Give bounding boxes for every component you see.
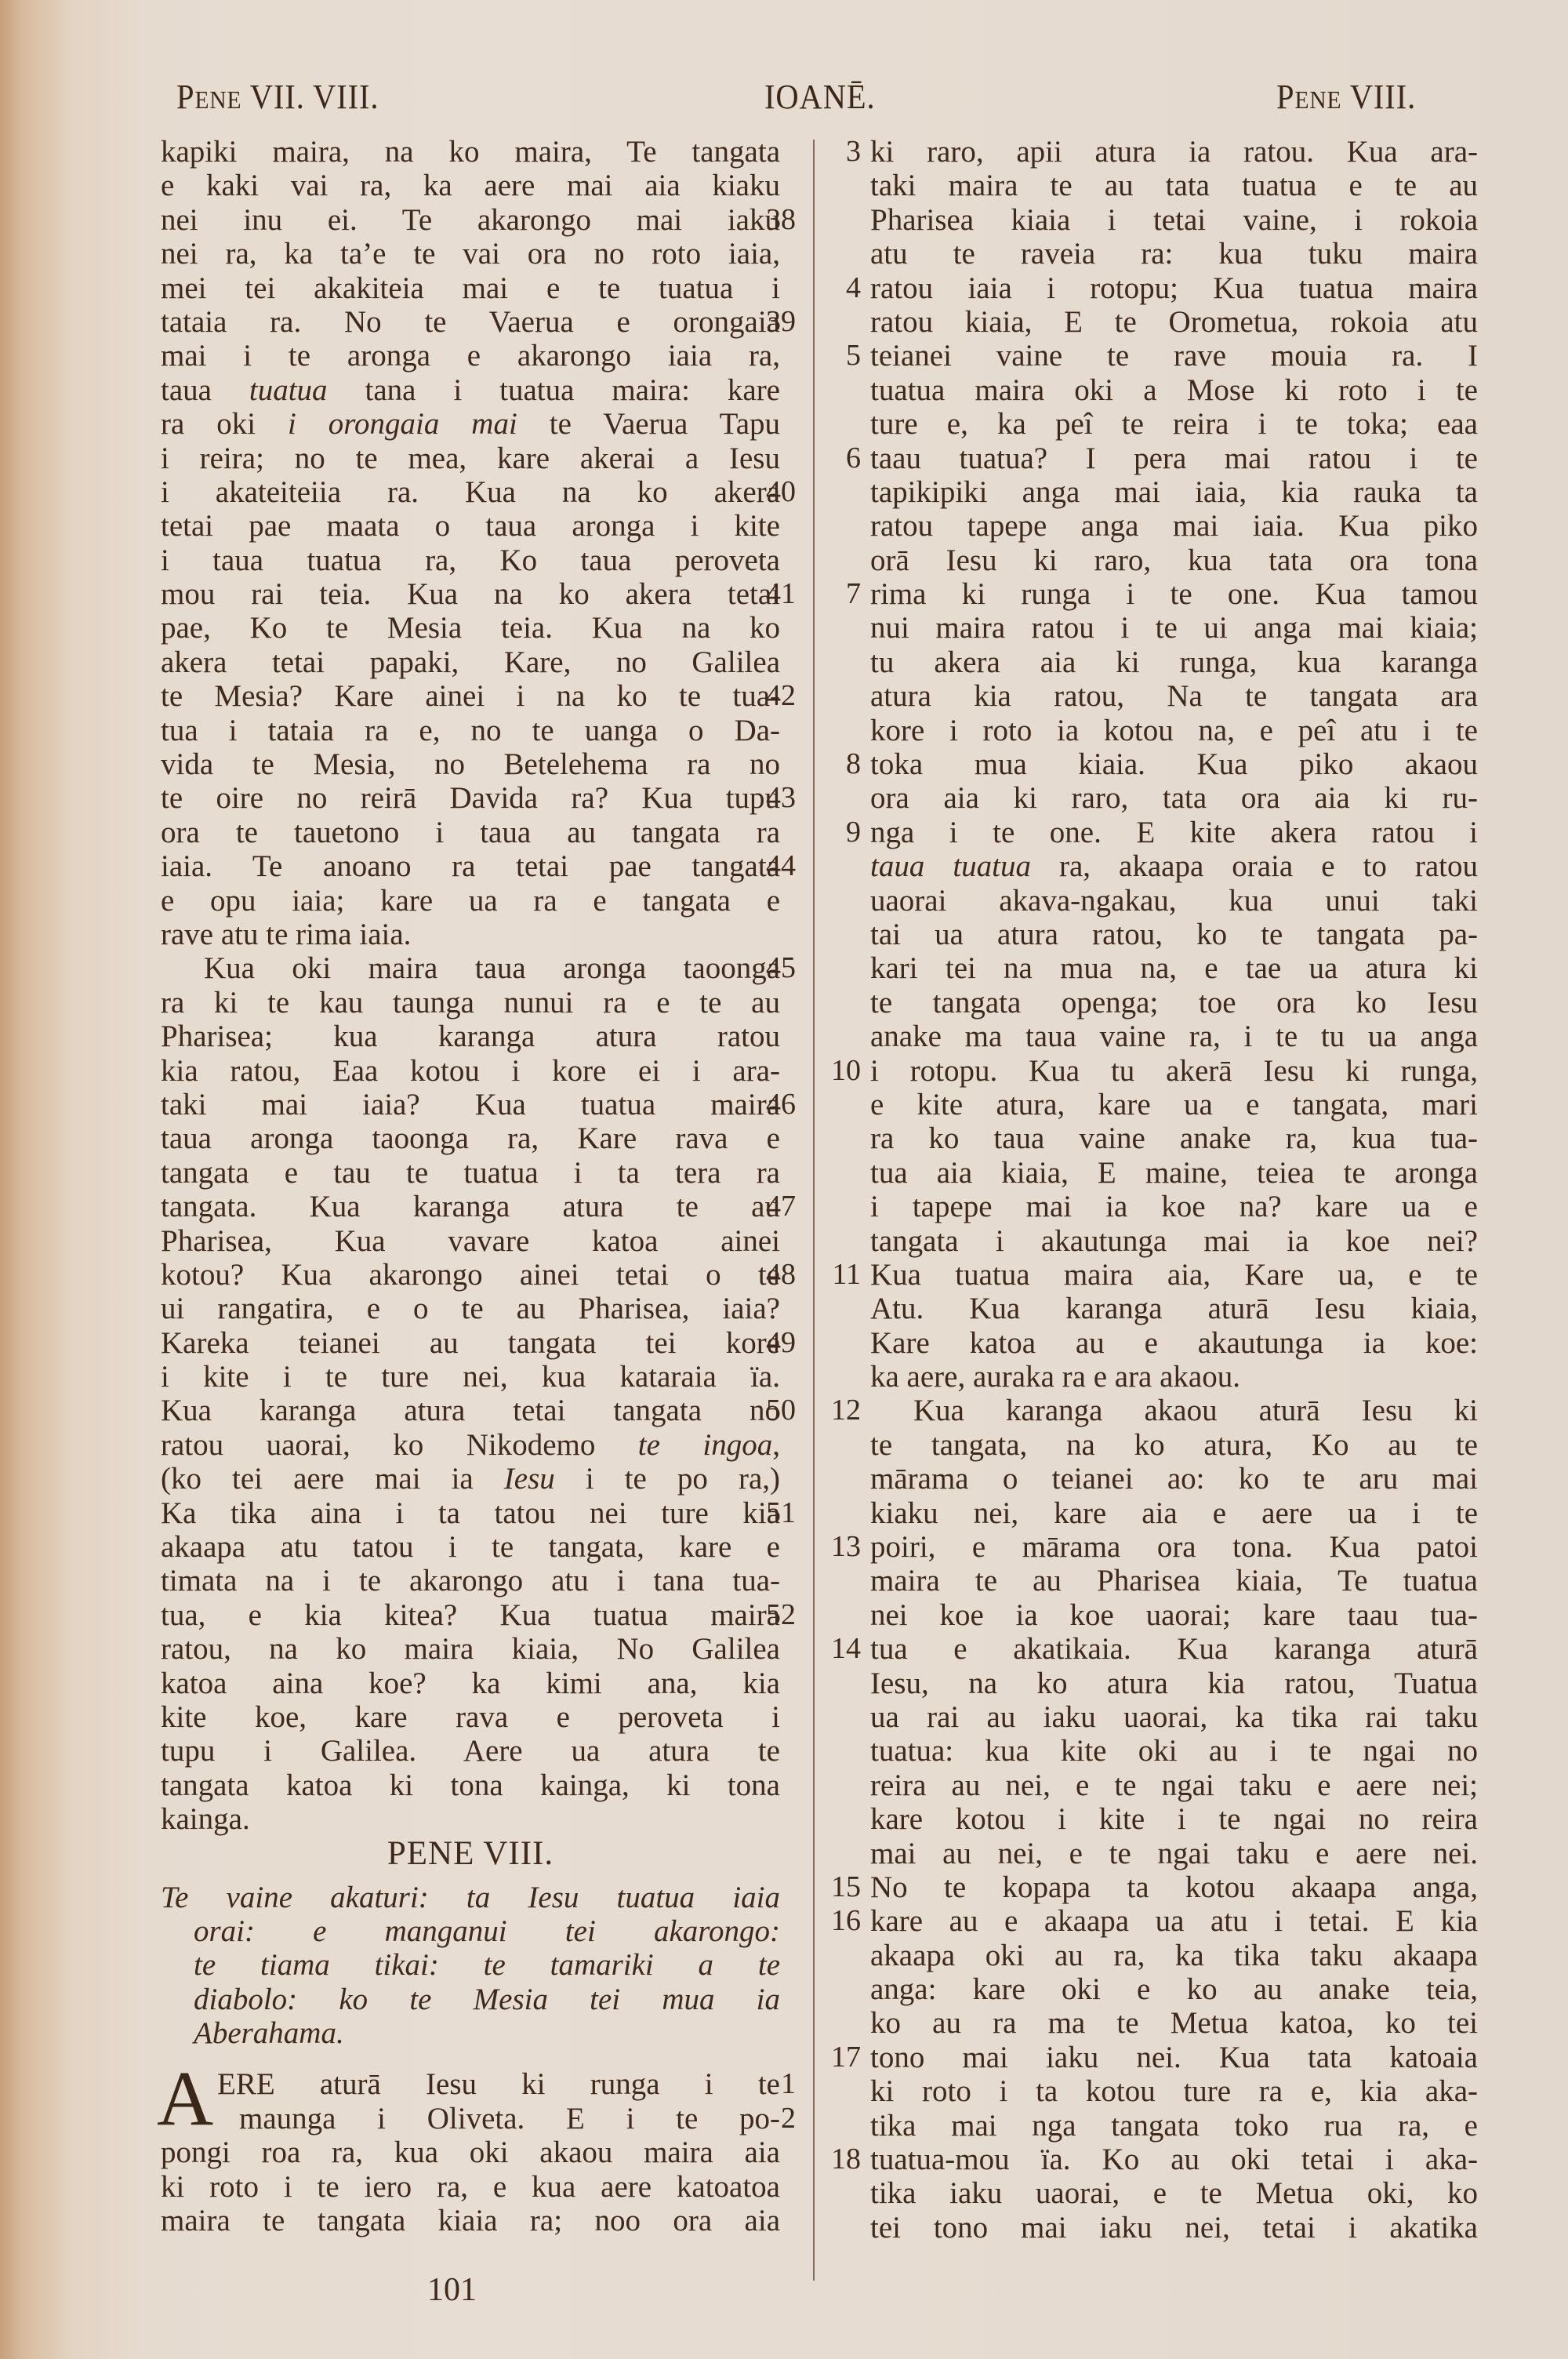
header-left-numerals: VII. VIII. [241,78,379,116]
header-right-initial: P [1276,78,1294,116]
text-line: akaapa atu tatou i te tangata, kare e [157,1530,784,1564]
text-line: Atu. Kua karanga aturā Iesu kiaia, [808,1292,1474,1325]
line-text: Atu. Kua karanga aturā Iesu kiaia, [870,1292,1478,1325]
line-text: nei ra, ka ta’e te vai ora no roto iaia, [161,237,780,271]
line-text: ture e, ka peî te reira i te toka; eaa [870,407,1478,441]
text-line: te tangata openga; toe ora ko Iesu [808,986,1474,1020]
line-text: mou rai teia. Kua na ko akera tetai [161,577,780,611]
verse-number: 49 [757,1326,796,1360]
line-text: orā Iesu ki raro, kua tata ora tona [870,543,1478,577]
line-text: kare au e akaapa ua atu i tetai. E kia [870,1904,1478,1938]
text-line: i tapepe mai ia koe na? kare ua e [808,1190,1474,1223]
text-line: anga: kare oki e ko au anake teia, [808,1972,1474,2006]
text-line: katoa aina koe? ka kimi ana, kia [157,1667,784,1700]
text-line: toka mua kiaia. Kua piko akaou8 [808,747,1474,781]
text-line: nga i te one. E kite akera ratou i9 [808,816,1474,849]
chapter-summary-line: Aberahama. [157,2016,784,2050]
verse-number: 43 [757,781,796,815]
line-text: tei tono mai iaku nei, tetai i akatika [870,2211,1478,2245]
line-text: anake ma taua vaine ra, i te tu ua anga [870,1020,1478,1053]
text-line: tono mai iaku nei. Kua tata katoaia17 [808,2041,1474,2074]
verse-number: 44 [757,849,796,883]
line-text: No te kopapa ta kotou akaapa anga, [870,1870,1478,1904]
text-line: tangata. Kua karanga atura te au47 [157,1190,784,1223]
chapter-summary-line: diabolo: ko te Mesia tei mua ia [157,1983,784,2016]
verse-number: 15 [808,1870,861,1904]
line-text: tua e akatikaia. Kua karanga aturā [870,1632,1478,1666]
header-right-smallcaps: ENE [1294,85,1341,114]
line-text: diabolo: ko te Mesia tei mua ia [161,1983,780,2016]
text-line: ua rai au iaku uaorai, ka tika rai taku [808,1700,1474,1734]
text-line: ratou uaorai, ko Nikodemo te ingoa, [157,1428,784,1462]
text-line: atura kia ratou, Na te tangata ara [808,679,1474,713]
text-line: tapikipiki anga mai iaia, kia rauka ta [808,475,1474,509]
line-text: katoa aina koe? ka kimi ana, kia [161,1667,780,1700]
text-line: ratou, na ko maira kiaia, No Galilea [157,1632,784,1666]
line-text: tetai pae maata o taua aronga i kite [161,509,780,543]
verse-number: 2 [757,2102,796,2135]
text-line: No te kopapa ta kotou akaapa anga,15 [808,1870,1474,1904]
line-text: tangata. Kua karanga atura te au [161,1190,780,1223]
verse-number: 13 [808,1530,861,1564]
text-line: Kare katoa au e akautunga ia koe: [808,1326,1474,1360]
verse-number: 16 [808,1904,861,1938]
text-line: tuatua maira oki a Mose ki roto i te [808,373,1474,407]
text-line: tangata katoa ki tona kainga, ki tona [157,1768,784,1802]
text-line: vida te Mesia, no Betelehema ra no [157,747,784,781]
line-text: nga i te one. E kite akera ratou i [870,816,1478,849]
line-text: rima ki runga i te one. Kua tamou [870,577,1478,611]
line-text: vida te Mesia, no Betelehema ra no [161,747,780,781]
text-line: ki roto i ta kotou ture ra e, kia aka- [808,2074,1474,2108]
line-text: ra ko taua vaine anake ra, kua tua- [870,1121,1478,1155]
line-text: ki raro, apii atura ia ratou. Kua ara- [870,135,1478,169]
verse-number: 39 [757,305,796,339]
line-text: kore i roto ia kotou na, e peî atu i te [870,714,1478,747]
text-line: ture e, ka peî te reira i te toka; eaa [808,407,1474,441]
text-line: orā Iesu ki raro, kua tata ora tona [808,543,1474,577]
line-text: te tiama tikai: te tamariki a te [161,1948,780,1982]
line-text: Kua karanga akaou aturā Iesu ki [870,1394,1478,1427]
line-text: ERE aturā Iesu ki runga i te [161,2067,780,2101]
line-text: i rotopu. Kua tu akerā Iesu ki runga, [870,1054,1478,1088]
verse-number: 41 [757,577,796,611]
line-text: tua i tataia ra e, no te uanga o Da- [161,714,780,747]
line-text: kainga. [161,1802,780,1836]
verse-number: 12 [808,1394,861,1427]
text-line: tangata e tau te tuatua i ta tera ra [157,1156,784,1190]
line-text: tua aia kiaia, E maine, teiea te aronga [870,1156,1478,1190]
verse-number: 7 [808,577,861,611]
text-line: Pharisea, Kua vavare katoa ainei [157,1224,784,1258]
line-text: tu akera aia ki runga, kua karanga [870,645,1478,679]
chapter-opening-line: ki roto i te iero ra, e kua aere katoato… [157,2170,784,2204]
line-text: Aberahama. [161,2016,780,2050]
text-line: tua aia kiaia, E maine, teiea te aronga [808,1156,1474,1190]
chapter-opening-line: pongi roa ra, kua oki akaou maira aia [157,2135,784,2169]
line-text: tuatua maira oki a Mose ki roto i te [870,373,1478,407]
line-text: i kite i te ture nei, kua kataraia ïa. [161,1360,780,1394]
chapter-opening-line: maira te tangata kiaia ra; noo ora aia [157,2204,784,2237]
line-text: poiri, e mārama ora tona. Kua patoi [870,1530,1478,1564]
line-text: tika iaku uaorai, e te Metua oki, ko [870,2176,1478,2210]
line-text: kari tei na mua na, e tae ua atura ki [870,951,1478,985]
line-text: maunga i Oliveta. E i te po- [161,2102,780,2135]
line-text: ora aia ki raro, tata ora aia ki ru- [870,781,1478,815]
text-line: i rotopu. Kua tu akerā Iesu ki runga,10 [808,1054,1474,1088]
line-text: timata na i te akarongo atu i tana tua- [161,1564,780,1598]
line-text: nui maira ratou i te ui anga mai kiaia; [870,611,1478,645]
line-text: orai: e manganui tei akarongo: [161,1914,780,1948]
line-text: tono mai iaku nei. Kua tata katoaia [870,2041,1478,2074]
text-line: ratou tapepe anga mai iaia. Kua piko [808,509,1474,543]
text-line: i taua tuatua ra, Ko taua peroveta [157,543,784,577]
line-text: tua, e kia kitea? Kua tuatua maira [161,1598,780,1632]
line-text: tai ua atura ratou, ko te tangata pa- [870,918,1478,951]
text-line: te Mesia? Kare ainei i na ko te tua-42 [157,679,784,713]
chapter-summary-line: orai: e manganui tei akarongo: [157,1914,784,1948]
line-text: i tapepe mai ia koe na? kare ua e [870,1190,1478,1223]
line-text: kapiki maira, na ko maira, Te tangata [161,135,780,169]
text-line: maira te au Pharisea kiaia, Te tuatua [808,1564,1474,1598]
text-line: pae, Ko te Mesia teia. Kua na ko [157,611,784,645]
line-text: taua tuatua ra, akaapa oraia e to ratou [870,849,1478,883]
text-line: Iesu, na ko atura kia ratou, Tuatua [808,1667,1474,1700]
text-line: nei koe ia koe uaorai; kare taau tua- [808,1598,1474,1632]
line-text: Pharisea, Kua vavare katoa ainei [161,1224,780,1258]
text-line: mai i te aronga e akarongo iaia ra, [157,339,784,373]
line-text: e opu iaia; kare ua ra e tangata e [161,884,780,918]
text-line: reira au nei, e te ngai taku e aere nei; [808,1768,1474,1802]
verse-number: 6 [808,442,861,475]
line-text: ui rangatira, e o te au Pharisea, iaia? [161,1292,780,1325]
line-text: ratou kiaia, E te Orometua, rokoia atu [870,305,1478,339]
line-text: kia ratou, Eaa kotou i kore ei i ara- [161,1054,780,1088]
verse-number: 40 [757,475,796,509]
text-line: te tangata, na ko atura, Ko au te [808,1428,1474,1462]
verse-number: 52 [757,1598,796,1632]
header-left-smallcaps: ENE [194,85,241,114]
chapter-heading: PENE VIII. [157,1837,784,1881]
text-line: taua tuatua ra, akaapa oraia e to ratou [808,849,1474,883]
text-line: mai au nei, e te ngai taku e aere nei. [808,1837,1474,1870]
line-text: te Mesia? Kare ainei i na ko te tua- [161,679,780,713]
line-text: Pharisea kiaia i tetai vaine, i rokoia [870,203,1478,237]
chapter-opening-line: ERE aturā Iesu ki runga i te1A [157,2067,784,2101]
italic-supplied-words: i orongaia mai [288,407,517,441]
text-line: tua e akatikaia. Kua karanga aturā14 [808,1632,1474,1666]
line-text: tuatua: kua kite oki au i te ngai no [870,1734,1478,1768]
line-text: nei inu ei. Te akarongo mai iaku [161,203,780,237]
page-number: 101 [427,2271,477,2309]
text-line: ka aere, auraka ra e ara akaou. [808,1360,1474,1394]
text-line: mārama o teianei ao: ko te aru mai [808,1462,1474,1496]
header-chapter-right: PENE VIII. [1276,77,1416,117]
line-text: ua rai au iaku uaorai, ka tika rai taku [870,1700,1478,1734]
text-line: kainga. [157,1802,784,1836]
text-line: rima ki runga i te one. Kua tamou7 [808,577,1474,611]
text-line: te oire no reirā Davida ra? Kua tupu43 [157,781,784,815]
line-text: te oire no reirā Davida ra? Kua tupu [161,781,780,815]
line-text: ratou tapepe anga mai iaia. Kua piko [870,509,1478,543]
line-text: Kua oki maira taua aronga taoonga [161,951,780,985]
italic-supplied-words: te ingoa [638,1428,772,1462]
text-line: (ko tei aere mai ia Iesu i te po ra,) [157,1462,784,1496]
text-line: tei tono mai iaku nei, tetai i akatika [808,2211,1474,2245]
line-text: reira au nei, e te ngai taku e aere nei; [870,1768,1478,1802]
line-text: akaapa atu tatou i te tangata, kare e [161,1530,780,1564]
line-text: kotou? Kua akarongo ainei tetai o te [161,1258,780,1292]
line-text: ratou iaia i rotopu; Kua tuatua maira [870,271,1478,305]
text-line: rave atu te rima iaia. [157,918,784,951]
text-line: ratou kiaia, E te Orometua, rokoia atu [808,305,1474,339]
text-line: ora aia ki raro, tata ora aia ki ru- [808,781,1474,815]
verse-number: 3 [808,135,861,169]
text-line: e kaki vai ra, ka aere mai aia kiaku [157,169,784,202]
line-text: Iesu, na ko atura kia ratou, Tuatua [870,1667,1478,1700]
left-column: kapiki maira, na ko maira, Te tangatae k… [157,135,784,2237]
line-text: mārama o teianei ao: ko te aru mai [870,1462,1478,1496]
text-line: tataia ra. No te Vaerua e orongaia39 [157,305,784,339]
text-line: nei ra, ka ta’e te vai ora no roto iaia, [157,237,784,271]
text-line: ki raro, apii atura ia ratou. Kua ara-3 [808,135,1474,169]
text-line: kore i roto ia kotou na, e peî atu i te [808,714,1474,747]
verse-number: 50 [757,1394,796,1427]
line-text: mei tei akakiteia mai e te tuatua i [161,271,780,305]
line-text: Te vaine akaturi: ta Iesu tuatua iaia [161,1881,780,1914]
line-text: mai i te aronga e akarongo iaia ra, [161,339,780,373]
text-line: nui maira ratou i te ui anga mai kiaia; [808,611,1474,645]
verse-number: 14 [808,1632,861,1666]
verse-number: 46 [757,1088,796,1121]
verse-number: 4 [808,271,861,305]
text-line: e kite atura, kare ua e tangata, mari [808,1088,1474,1121]
text-line: akera tetai papaki, Kare, no Galilea [157,645,784,679]
text-line: kare au e akaapa ua atu i tetai. E kia16 [808,1904,1474,1938]
text-line: kari tei na mua na, e tae ua atura ki [808,951,1474,985]
text-line: tangata i akautunga mai ia koe nei? [808,1224,1474,1258]
chapter-summary-line: te tiama tikai: te tamariki a te [157,1948,784,1982]
text-line: ui rangatira, e o te au Pharisea, iaia? [157,1292,784,1325]
header-chapter-left: PENE VII. VIII. [176,77,379,117]
text-line: Pharisea kiaia i tetai vaine, i rokoia [808,203,1474,237]
line-text: iaia. Te anoano ra tetai pae tangata [161,849,780,883]
text-line: Kua oki maira taua aronga taoonga45 [157,951,784,985]
text-line: taua aronga taoonga ra, Kare rava e [157,1121,784,1155]
line-text: nei koe ia koe uaorai; kare taau tua- [870,1598,1478,1632]
line-text: maira te au Pharisea kiaia, Te tuatua [870,1564,1478,1598]
verse-number: 17 [808,2041,861,2074]
line-text: ko au ra ma te Metua katoa, ko tei [870,2006,1478,2040]
verse-number: 8 [808,747,861,781]
text-line: i reira; no te mea, kare akerai a Iesu [157,442,784,475]
line-text: te tangata, na ko atura, Ko au te [870,1428,1478,1462]
text-line: tua, e kia kitea? Kua tuatua maira52 [157,1598,784,1632]
text-line: teianei vaine te rave mouia ra. I5 [808,339,1474,373]
line-text: ka aere, auraka ra e ara akaou. [870,1360,1478,1394]
line-text: Kua karanga atura tetai tangata no [161,1394,780,1427]
line-text: ra oki i orongaia mai te Vaerua Tapu [161,407,780,441]
line-text: Kare katoa au e akautunga ia koe: [870,1326,1478,1360]
line-text: Ka tika aina i ta tatou nei ture kia [161,1496,780,1530]
line-text: uaorai akava-ngakau, kua unui taki [870,884,1478,918]
verse-number: 18 [808,2143,861,2176]
line-text: Kua tuatua maira aia, Kare ua, e te [870,1258,1478,1292]
verse-number: 48 [757,1258,796,1292]
text-line: tuatua-mou ïa. Ko au oki tetai i aka-18 [808,2143,1474,2176]
italic-supplied-words: tuatua [249,373,328,407]
text-line: ko au ra ma te Metua katoa, ko tei [808,2006,1474,2040]
text-line: poiri, e mārama ora tona. Kua patoi13 [808,1530,1474,1564]
line-text: i akateiteiia ra. Kua na ko akera [161,475,780,509]
text-line: ora te tauetono i taua au tangata ra [157,816,784,849]
line-text: ki roto i te iero ra, e kua aere katoato… [161,2170,780,2204]
line-text: atura kia ratou, Na te tangata ara [870,679,1478,713]
verse-number: 45 [757,951,796,985]
text-line: taau tuatua? I pera mai ratou i te6 [808,442,1474,475]
text-line: tika iaku uaorai, e te Metua oki, ko [808,2176,1474,2210]
text-line: kotou? Kua akarongo ainei tetai o te48 [157,1258,784,1292]
line-text: e kaki vai ra, ka aere mai aia kiaku [161,169,780,202]
text-line: e opu iaia; kare ua ra e tangata e [157,884,784,918]
line-text: tupu i Galilea. Aere ua atura te [161,1734,780,1768]
text-line: i akateiteiia ra. Kua na ko akera40 [157,475,784,509]
line-text: e kite atura, kare ua e tangata, mari [870,1088,1478,1121]
text-line: Kua tuatua maira aia, Kare ua, e te11 [808,1258,1474,1292]
text-line: taki mai iaia? Kua tuatua maira46 [157,1088,784,1121]
verse-number: 1 [757,2067,796,2101]
verse-number: 51 [757,1496,796,1530]
text-line: tetai pae maata o taua aronga i kite [157,509,784,543]
text-line: kiaku nei, kare aia e aere ua i te [808,1496,1474,1530]
verse-number: 5 [808,339,861,373]
line-text: pongi roa ra, kua oki akaou maira aia [161,2135,780,2169]
chapter-summary-line: Te vaine akaturi: ta Iesu tuatua iaia [157,1881,784,1914]
line-text: kiaku nei, kare aia e aere ua i te [870,1496,1478,1530]
text-line: ratou iaia i rotopu; Kua tuatua maira4 [808,271,1474,305]
text-line: Pharisea; kua karanga atura ratou [157,1020,784,1053]
text-line: uaorai akava-ngakau, kua unui taki [808,884,1474,918]
line-text: (ko tei aere mai ia Iesu i te po ra,) [161,1462,780,1496]
line-text: teianei vaine te rave mouia ra. I [870,339,1478,373]
verse-number: 47 [757,1190,796,1223]
text-line: Kareka teianei au tangata tei kore49 [157,1326,784,1360]
line-text: ratou, na ko maira kiaia, No Galilea [161,1632,780,1666]
text-line: kia ratou, Eaa kotou i kore ei i ara- [157,1054,784,1088]
text-line: kare kotou i kite i te ngai no reira [808,1802,1474,1836]
line-text: akera tetai papaki, Kare, no Galilea [161,645,780,679]
line-text: tapikipiki anga mai iaia, kia rauka ta [870,475,1478,509]
text-line: taua tuatua tana i tuatua maira: kare [157,373,784,407]
text-line: tu akera aia ki runga, kua karanga [808,645,1474,679]
line-text: atu te raveia ra: kua tuku maira [870,237,1478,271]
line-text: Pharisea; kua karanga atura ratou [161,1020,780,1053]
text-line: tupu i Galilea. Aere ua atura te [157,1734,784,1768]
line-text: tangata i akautunga mai ia koe nei? [870,1224,1478,1258]
header-left-initial: P [176,78,194,116]
text-line: ra ki te kau taunga nunui ra e te au [157,986,784,1020]
verse-number: 9 [808,816,861,849]
line-text: taki maira te au tata tuatua e te au [870,169,1478,202]
text-line: nei inu ei. Te akarongo mai iaku38 [157,203,784,237]
text-line: i kite i te ture nei, kua kataraia ïa. [157,1360,784,1394]
line-text: rave atu te rima iaia. [161,918,780,951]
line-text: toka mua kiaia. Kua piko akaou [870,747,1478,781]
line-text: taua tuatua tana i tuatua maira: kare [161,373,780,407]
italic-supplied-words: Iesu [504,1462,555,1496]
verse-number: 42 [757,679,796,713]
running-header: PENE VII. VIII. IOANĒ. PENE VIII. [0,77,1568,124]
right-column: ki raro, apii atura ia ratou. Kua ara-3t… [808,135,1474,2245]
line-text: ra ki te kau taunga nunui ra e te au [161,986,780,1020]
line-text: maira te tangata kiaia ra; noo ora aia [161,2204,780,2237]
line-text: ratou uaorai, ko Nikodemo te ingoa, [161,1428,780,1462]
text-line: Ka tika aina i ta tatou nei ture kia51 [157,1496,784,1530]
text-line: kite koe, kare rava e peroveta i [157,1700,784,1734]
text-line: iaia. Te anoano ra tetai pae tangata44 [157,849,784,883]
line-text: mai au nei, e te ngai taku e aere nei. [870,1837,1478,1870]
chapter-opening-line: maunga i Oliveta. E i te po-2 [157,2102,784,2135]
text-line: ra oki i orongaia mai te Vaerua Tapu [157,407,784,441]
verse-number: 38 [757,203,796,237]
line-text: pae, Ko te Mesia teia. Kua na ko [161,611,780,645]
line-text: tika mai nga tangata toko rua ra, e [870,2109,1478,2143]
text-line: Kua karanga akaou aturā Iesu ki12 [808,1394,1474,1427]
line-text: taau tuatua? I pera mai ratou i te [870,442,1478,475]
header-book-title: IOANĒ. [764,77,876,117]
line-text: i reira; no te mea, kare akerai a Iesu [161,442,780,475]
text-line: anake ma taua vaine ra, i te tu ua anga [808,1020,1474,1053]
header-right-numerals: VIII. [1341,78,1416,116]
text-line: tai ua atura ratou, ko te tangata pa- [808,918,1474,951]
line-text: ki roto i ta kotou ture ra e, kia aka- [870,2074,1478,2108]
text-line: tua i tataia ra e, no te uanga o Da- [157,714,784,747]
verse-number: 10 [808,1054,861,1088]
line-text: tataia ra. No te Vaerua e orongaia [161,305,780,339]
text-line: akaapa oki au ra, ka tika taku akaapa [808,1939,1474,1972]
verse-number: 11 [808,1258,861,1292]
line-text: ora te tauetono i taua au tangata ra [161,816,780,849]
line-text: te tangata openga; toe ora ko Iesu [870,986,1478,1020]
line-text: akaapa oki au ra, ka tika taku akaapa [870,1939,1478,1972]
line-text: tangata katoa ki tona kainga, ki tona [161,1768,780,1802]
line-text: kare kotou i kite i te ngai no reira [870,1802,1478,1836]
text-line: kapiki maira, na ko maira, Te tangata [157,135,784,169]
text-line: mou rai teia. Kua na ko akera tetai41 [157,577,784,611]
line-text: tangata e tau te tuatua i ta tera ra [161,1156,780,1190]
line-text: anga: kare oki e ko au anake teia, [870,1972,1478,2006]
line-text: tuatua-mou ïa. Ko au oki tetai i aka- [870,2143,1478,2176]
line-text: Kareka teianei au tangata tei kore [161,1326,780,1360]
text-line: tuatua: kua kite oki au i te ngai no [808,1734,1474,1768]
text-line: atu te raveia ra: kua tuku maira [808,237,1474,271]
line-text: taua aronga taoonga ra, Kare rava e [161,1121,780,1155]
line-text: taki mai iaia? Kua tuatua maira [161,1088,780,1121]
line-text: kite koe, kare rava e peroveta i [161,1700,780,1734]
italic-supplied-words: taua tuatua [870,849,1031,883]
text-line: taki maira te au tata tuatua e te au [808,169,1474,202]
text-line: ra ko taua vaine anake ra, kua tua- [808,1121,1474,1155]
text-line: tika mai nga tangata toko rua ra, e [808,2109,1474,2143]
text-line: mei tei akakiteia mai e te tuatua i [157,271,784,305]
spacer [157,2050,784,2067]
text-line: Kua karanga atura tetai tangata no50 [157,1394,784,1427]
text-line: timata na i te akarongo atu i tana tua- [157,1564,784,1598]
line-text: i taua tuatua ra, Ko taua peroveta [161,543,780,577]
